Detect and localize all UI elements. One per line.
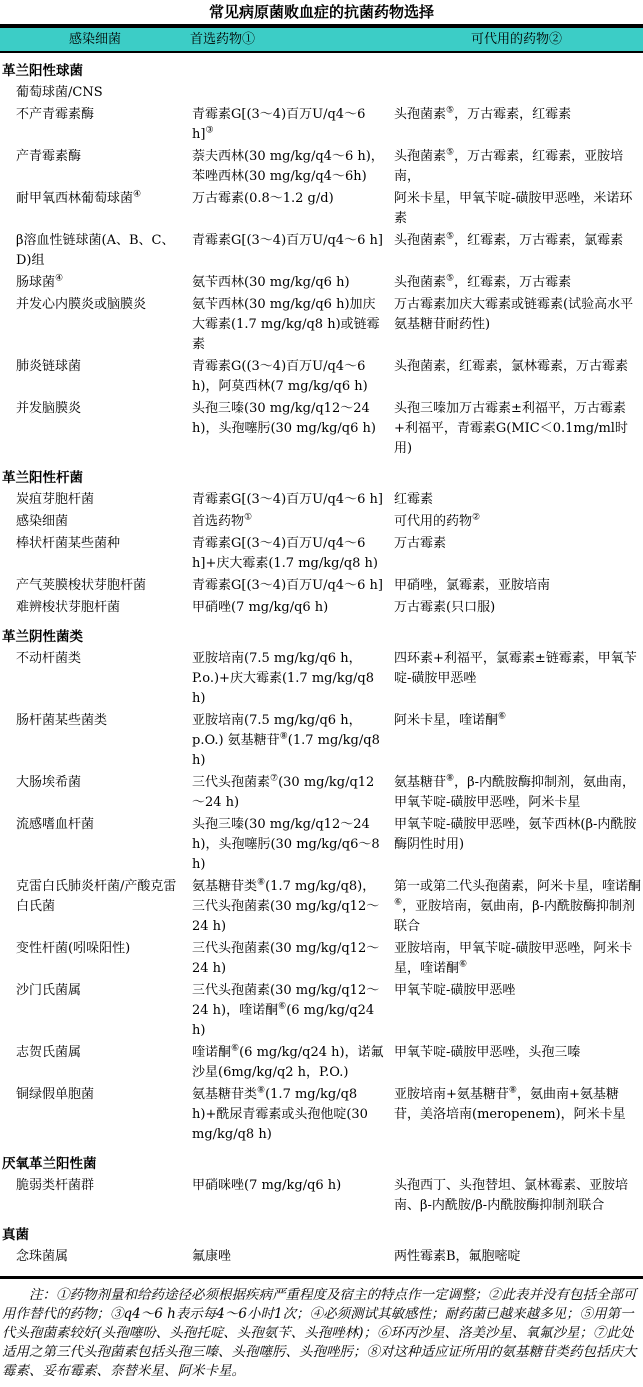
table-row: 难辨梭状芽胞杆菌甲硝唑(7 mg/kg/q6 h)万古霉素(只口服): [0, 597, 643, 619]
header-infecting-bacteria: 感染细菌: [0, 26, 190, 52]
bacteria-name: 肠球菌④: [0, 272, 190, 294]
bacteria-name: 不产青霉素酶: [0, 104, 190, 146]
first-choice-drugs: 萘夫西林(30 mg/kg/q4～6 h)，苯唑西林(30 mg/kg/q4～6…: [190, 146, 390, 188]
header-alternative-drugs: 可代用的药物②: [390, 26, 643, 52]
bacteria-name: 难辨梭状芽胞杆菌: [0, 597, 190, 619]
alternative-drugs: 头孢菌素⑤，万古霉素，红霉素，亚胺培南，: [390, 146, 643, 188]
bacteria-name: 并发脑膜炎: [0, 398, 190, 460]
bacteria-name: 流感嗜血杆菌: [0, 814, 190, 876]
bacteria-name: 炭疽芽胞杆菌: [0, 489, 190, 511]
section-row: 革兰阳性杆菌: [0, 460, 643, 489]
first-choice-drugs: 三代头孢菌素(30 mg/kg/q12～24 h)，喹诺酮⑥(6 mg/kg/q…: [190, 980, 390, 1042]
table-row: 葡萄球菌/CNS: [0, 82, 643, 104]
section-row: 革兰阳性球菌: [0, 52, 643, 82]
bacteria-name: 肠杆菌某些菌类: [0, 710, 190, 772]
table-row: 大肠埃希菌三代头孢菌素⑦(30 mg/kg/q12～24 h)氨基糖苷⑧，β-内…: [0, 772, 643, 814]
first-choice-drugs: 青霉素G[(3～4)百万U/q4～6 h]: [190, 489, 390, 511]
first-choice-drugs: 氟康唑: [190, 1246, 390, 1268]
page-title: 常见病原菌败血症的抗菌药物选择: [0, 0, 643, 24]
section-label: 真菌: [0, 1217, 643, 1246]
alternative-drugs: 万古霉素(只口服): [390, 597, 643, 619]
first-choice-drugs: 亚胺培南(7.5 mg/kg/q6 h，p.O.) 氨基糖苷⑧(1.7 mg/k…: [190, 710, 390, 772]
first-choice-drugs: 青霉素G[(3～4)百万U/q4～6 h]+庆大霉素(1.7 mg/kg/q8 …: [190, 533, 390, 575]
first-choice-drugs: 青霉素G[(3～4)百万U/q4～6 h]: [190, 575, 390, 597]
alternative-drugs: 甲氧苄啶-磺胺甲恶唑，氨苄西林(β-内酰胺酶阴性时用): [390, 814, 643, 876]
table-row: 念珠菌属氟康唑两性霉素B，氟胞嘧啶: [0, 1246, 643, 1268]
bacteria-name: 耐甲氧西林葡萄球菌④: [0, 188, 190, 230]
alternative-drugs: 头孢菌素，红霉素，氯林霉素，万古霉素: [390, 356, 643, 398]
bacteria-name: 志贺氏菌属: [0, 1042, 190, 1084]
first-choice-drugs: 氨苄西林(30 mg/kg/q6 h): [190, 272, 390, 294]
table-header-row: 感染细菌 首选药物① 可代用的药物②: [0, 26, 643, 52]
alternative-drugs: 甲氧苄啶-磺胺甲恶唑: [390, 980, 643, 1042]
table-header: 感染细菌 首选药物① 可代用的药物②: [0, 26, 643, 52]
first-choice-drugs: 首选药物①: [190, 511, 390, 533]
bacteria-name: 葡萄球菌/CNS: [0, 82, 190, 104]
table-row: 产青霉素酶萘夫西林(30 mg/kg/q4～6 h)，苯唑西林(30 mg/kg…: [0, 146, 643, 188]
first-choice-drugs: 甲硝唑(7 mg/kg/q6 h): [190, 597, 390, 619]
section-label: 革兰阴性菌类: [0, 619, 643, 648]
first-choice-drugs: 喹诺酮⑥(6 mg/kg/q24 h)，诺氟沙星(6mg/kg/q2 h，P.O…: [190, 1042, 390, 1084]
header-first-choice-drugs: 首选药物①: [190, 26, 390, 52]
section-row: 真菌: [0, 1217, 643, 1246]
first-choice-drugs: 万古霉素(0.8～1.2 g/d): [190, 188, 390, 230]
alternative-drugs: 阿米卡星，喹诺酮⑥: [390, 710, 643, 772]
table-row: 棒状杆菌某些菌种青霉素G[(3～4)百万U/q4～6 h]+庆大霉素(1.7 m…: [0, 533, 643, 575]
alternative-drugs: 第一或第二代头孢菌素，阿米卡星，喹诺酮⑥，亚胺培南，氨曲南，β-内酰胺酶抑制剂联…: [390, 876, 643, 938]
first-choice-drugs: 三代头孢菌素⑦(30 mg/kg/q12～24 h): [190, 772, 390, 814]
alternative-drugs: 万古霉素加庆大霉素或链霉素(试验高水平氨基糖苷耐药性): [390, 294, 643, 356]
section-label: 革兰阳性球菌: [0, 52, 643, 82]
table-row: 变性杆菌(吲哚阳性)三代头孢菌素(30 mg/kg/q12～24 h)亚胺培南，…: [0, 938, 643, 980]
first-choice-drugs: 青霉素G[(3～4)百万U/q4～6 h]: [190, 230, 390, 272]
table-body: 革兰阳性球菌葡萄球菌/CNS不产青霉素酶青霉素G[(3～4)百万U/q4～6 h…: [0, 52, 643, 1268]
alternative-drugs: 阿米卡星，甲氧苄啶-磺胺甲恶唑，米诺环素: [390, 188, 643, 230]
first-choice-drugs: 氨基糖苷类⑧(1.7 mg/kg/q8 h)+酰尿青霉素或头孢他啶(30 mg/…: [190, 1084, 390, 1146]
table-row: 克雷白氏肺炎杆菌/产酸克雷白氏菌氨基糖苷类⑧(1.7 mg/kg/q8)，三代头…: [0, 876, 643, 938]
bacteria-name: 不动杆菌类: [0, 648, 190, 710]
first-choice-drugs: 头孢三嗪(30 mg/kg/q12～24 h)，头孢噻肟(30 mg/kg/q6…: [190, 814, 390, 876]
table-row: 沙门氏菌属三代头孢菌素(30 mg/kg/q12～24 h)，喹诺酮⑥(6 mg…: [0, 980, 643, 1042]
first-choice-drugs: [190, 82, 390, 104]
table-row: 铜绿假单胞菌氨基糖苷类⑧(1.7 mg/kg/q8 h)+酰尿青霉素或头孢他啶(…: [0, 1084, 643, 1146]
table-row: 耐甲氧西林葡萄球菌④万古霉素(0.8～1.2 g/d)阿米卡星，甲氧苄啶-磺胺甲…: [0, 188, 643, 230]
bacteria-name: 感染细菌: [0, 511, 190, 533]
alternative-drugs: 两性霉素B，氟胞嘧啶: [390, 1246, 643, 1268]
bacteria-name: 大肠埃希菌: [0, 772, 190, 814]
alternative-drugs: [390, 82, 643, 104]
bacteria-name: 脆弱类杆菌群: [0, 1175, 190, 1217]
bacteria-name: 产气荚膜梭状芽胞杆菌: [0, 575, 190, 597]
first-choice-drugs: 氨基糖苷类⑧(1.7 mg/kg/q8)，三代头孢菌素(30 mg/kg/q12…: [190, 876, 390, 938]
bacteria-name: 变性杆菌(吲哚阳性): [0, 938, 190, 980]
table-row: 炭疽芽胞杆菌青霉素G[(3～4)百万U/q4～6 h]红霉素: [0, 489, 643, 511]
first-choice-drugs: 青霉素G[(3～4)百万U/q4～6 h]③: [190, 104, 390, 146]
first-choice-drugs: 甲硝咪唑(7 mg/kg/q6 h): [190, 1175, 390, 1217]
document-page: 常见病原菌败血症的抗菌药物选择 感染细菌 首选药物① 可代用的药物② 革兰阳性球…: [0, 0, 643, 1387]
bacteria-name: 并发心内膜炎或脑膜炎: [0, 294, 190, 356]
footnotes: 注：①药物剂量和给药途径必须根据疾病严重程度及宿主的特点作一定调整；②此表并没有…: [0, 1276, 643, 1387]
table-row: β溶血性链球菌(A、B、C、D)组青霉素G[(3～4)百万U/q4～6 h]头孢…: [0, 230, 643, 272]
alternative-drugs: 头孢三嗪加万古霉素±利福平，万古霉素+利福平，青霉素G(MIC＜0.1mg/ml…: [390, 398, 643, 460]
bacteria-name: 克雷白氏肺炎杆菌/产酸克雷白氏菌: [0, 876, 190, 938]
first-choice-drugs: 氨苄西林(30 mg/kg/q6 h)加庆大霉素(1.7 mg/kg/q8 h)…: [190, 294, 390, 356]
first-choice-drugs: 青霉素G((3～4)百万U/q4～6 h)，阿莫西林(7 mg/kg/q6 h): [190, 356, 390, 398]
alternative-drugs: 甲硝唑，氯霉素，亚胺培南: [390, 575, 643, 597]
bacteria-name: β溶血性链球菌(A、B、C、D)组: [0, 230, 190, 272]
alternative-drugs: 红霉素: [390, 489, 643, 511]
table-row: 不产青霉素酶青霉素G[(3～4)百万U/q4～6 h]③头孢菌素⑤，万古霉素，红…: [0, 104, 643, 146]
bacteria-name: 念珠菌属: [0, 1246, 190, 1268]
bacteria-name: 产青霉素酶: [0, 146, 190, 188]
alternative-drugs: 头孢西丁、头孢替坦、氯林霉素、亚胺培南、β-内酰胺/β-内酰胺酶抑制剂联合: [390, 1175, 643, 1217]
bacteria-name: 铜绿假单胞菌: [0, 1084, 190, 1146]
table-row: 志贺氏菌属喹诺酮⑥(6 mg/kg/q24 h)，诺氟沙星(6mg/kg/q2 …: [0, 1042, 643, 1084]
table-row: 肠球菌④氨苄西林(30 mg/kg/q6 h)头孢菌素⑤，红霉素，万古霉素: [0, 272, 643, 294]
table-row: 不动杆菌类亚胺培南(7.5 mg/kg/q6 h，P.o.)+庆大霉素(1.7 …: [0, 648, 643, 710]
alternative-drugs: 四环素+利福平，氯霉素±链霉素，甲氧苄啶-磺胺甲恶唑: [390, 648, 643, 710]
alternative-drugs: 亚胺培南+氨基糖苷⑧，氨曲南+氨基糖苷，美洛培南(meropenem)，阿米卡星: [390, 1084, 643, 1146]
first-choice-drugs: 亚胺培南(7.5 mg/kg/q6 h，P.o.)+庆大霉素(1.7 mg/kg…: [190, 648, 390, 710]
table-row: 脆弱类杆菌群甲硝咪唑(7 mg/kg/q6 h)头孢西丁、头孢替坦、氯林霉素、亚…: [0, 1175, 643, 1217]
alternative-drugs: 氨基糖苷⑧，β-内酰胺酶抑制剂，氨曲南，甲氧苄啶-磺胺甲恶唑，阿米卡星: [390, 772, 643, 814]
section-row: 厌氧革兰阳性菌: [0, 1146, 643, 1175]
bacteria-name: 沙门氏菌属: [0, 980, 190, 1042]
table-row: 流感嗜血杆菌头孢三嗪(30 mg/kg/q12～24 h)，头孢噻肟(30 mg…: [0, 814, 643, 876]
antibiotic-selection-table: 感染细菌 首选药物① 可代用的药物② 革兰阳性球菌葡萄球菌/CNS不产青霉素酶青…: [0, 24, 643, 1268]
alternative-drugs: 亚胺培南，甲氧苄啶-磺胺甲恶唑，阿米卡星，喹诺酮⑥: [390, 938, 643, 980]
alternative-drugs: 万古霉素: [390, 533, 643, 575]
alternative-drugs: 头孢菌素⑤，红霉素，万古霉素，氯霉素: [390, 230, 643, 272]
table-row: 产气荚膜梭状芽胞杆菌青霉素G[(3～4)百万U/q4～6 h]甲硝唑，氯霉素，亚…: [0, 575, 643, 597]
table-row: 肺炎链球菌青霉素G((3～4)百万U/q4～6 h)，阿莫西林(7 mg/kg/…: [0, 356, 643, 398]
bacteria-name: 棒状杆菌某些菌种: [0, 533, 190, 575]
section-label: 厌氧革兰阳性菌: [0, 1146, 643, 1175]
table-row: 并发心内膜炎或脑膜炎氨苄西林(30 mg/kg/q6 h)加庆大霉素(1.7 m…: [0, 294, 643, 356]
first-choice-drugs: 三代头孢菌素(30 mg/kg/q12～24 h): [190, 938, 390, 980]
alternative-drugs: 甲氧苄啶-磺胺甲恶唑，头孢三嗪: [390, 1042, 643, 1084]
section-label: 革兰阳性杆菌: [0, 460, 643, 489]
alternative-drugs: 头孢菌素⑤，红霉素，万古霉素: [390, 272, 643, 294]
first-choice-drugs: 头孢三嗪(30 mg/kg/q12～24 h)，头孢噻肟(30 mg/kg/q6…: [190, 398, 390, 460]
bacteria-name: 肺炎链球菌: [0, 356, 190, 398]
table-row: 感染细菌首选药物①可代用的药物②: [0, 511, 643, 533]
alternative-drugs: 可代用的药物②: [390, 511, 643, 533]
section-row: 革兰阴性菌类: [0, 619, 643, 648]
table-row: 并发脑膜炎头孢三嗪(30 mg/kg/q12～24 h)，头孢噻肟(30 mg/…: [0, 398, 643, 460]
alternative-drugs: 头孢菌素⑤，万古霉素，红霉素: [390, 104, 643, 146]
table-row: 肠杆菌某些菌类亚胺培南(7.5 mg/kg/q6 h，p.O.) 氨基糖苷⑧(1…: [0, 710, 643, 772]
